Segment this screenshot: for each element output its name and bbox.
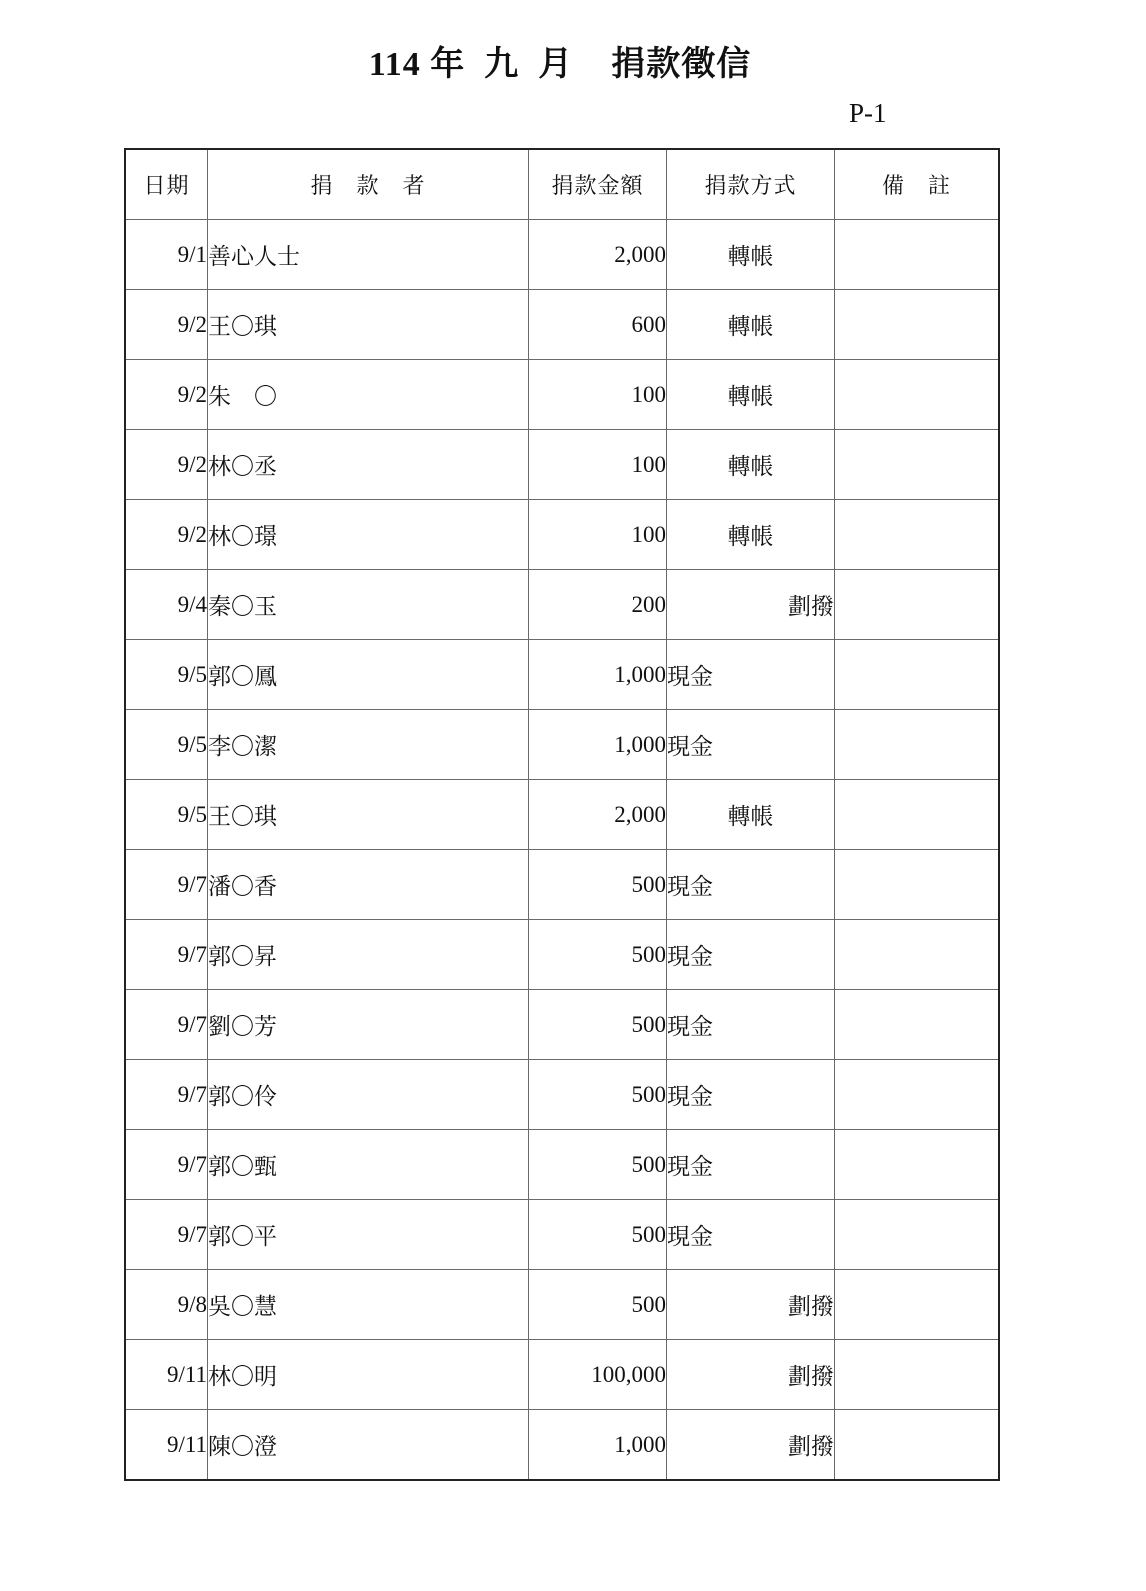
cell-note <box>835 1340 1000 1410</box>
cell-method: 現金 <box>667 990 835 1060</box>
cell-donor: 秦〇玉 <box>208 570 529 640</box>
cell-amount: 200 <box>529 570 667 640</box>
cell-donor: 王〇琪 <box>208 290 529 360</box>
cell-amount: 100 <box>529 360 667 430</box>
cell-amount: 500 <box>529 1270 667 1340</box>
cell-amount: 500 <box>529 1130 667 1200</box>
header-donor: 捐 款 者 <box>208 149 529 220</box>
cell-donor: 郭〇伶 <box>208 1060 529 1130</box>
cell-date: 9/7 <box>125 990 208 1060</box>
cell-method: 現金 <box>667 710 835 780</box>
cell-date: 9/2 <box>125 500 208 570</box>
cell-note <box>835 640 1000 710</box>
table-body: 9/1善心人士2,000轉帳9/2王〇琪600轉帳9/2朱 〇100轉帳9/2林… <box>125 220 999 1481</box>
cell-method: 轉帳 <box>667 220 835 290</box>
cell-donor: 郭〇鳳 <box>208 640 529 710</box>
cell-amount: 600 <box>529 290 667 360</box>
cell-donor: 林〇丞 <box>208 430 529 500</box>
document-title: 114 年 九 月 捐款徵信 <box>0 36 1120 85</box>
cell-amount: 2,000 <box>529 780 667 850</box>
header-note: 備 註 <box>835 149 1000 220</box>
cell-method: 劃撥 <box>667 1270 835 1340</box>
table-row: 9/7劉〇芳500現金 <box>125 990 999 1060</box>
cell-method: 現金 <box>667 1060 835 1130</box>
cell-amount: 500 <box>529 1200 667 1270</box>
cell-donor: 潘〇香 <box>208 850 529 920</box>
cell-date: 9/1 <box>125 220 208 290</box>
cell-donor: 吳〇慧 <box>208 1270 529 1340</box>
cell-note <box>835 990 1000 1060</box>
cell-amount: 100,000 <box>529 1340 667 1410</box>
table-row: 9/2林〇璟100轉帳 <box>125 500 999 570</box>
cell-donor: 李〇潔 <box>208 710 529 780</box>
cell-method: 轉帳 <box>667 360 835 430</box>
cell-donor: 郭〇甄 <box>208 1130 529 1200</box>
cell-date: 9/7 <box>125 1200 208 1270</box>
cell-amount: 500 <box>529 990 667 1060</box>
cell-donor: 陳〇澄 <box>208 1410 529 1481</box>
cell-note <box>835 1270 1000 1340</box>
cell-date: 9/4 <box>125 570 208 640</box>
cell-note <box>835 1410 1000 1481</box>
cell-date: 9/2 <box>125 290 208 360</box>
cell-donor: 王〇琪 <box>208 780 529 850</box>
cell-amount: 1,000 <box>529 1410 667 1481</box>
cell-donor: 郭〇平 <box>208 1200 529 1270</box>
cell-amount: 500 <box>529 850 667 920</box>
cell-method: 轉帳 <box>667 430 835 500</box>
cell-note <box>835 220 1000 290</box>
cell-date: 9/5 <box>125 780 208 850</box>
table-row: 9/2王〇琪600轉帳 <box>125 290 999 360</box>
table-row: 9/1善心人士2,000轉帳 <box>125 220 999 290</box>
table-row: 9/4秦〇玉200劃撥 <box>125 570 999 640</box>
table-row: 9/11林〇明100,000劃撥 <box>125 1340 999 1410</box>
cell-method: 轉帳 <box>667 290 835 360</box>
table-row: 9/7郭〇甄500現金 <box>125 1130 999 1200</box>
cell-donor: 林〇璟 <box>208 500 529 570</box>
cell-amount: 1,000 <box>529 640 667 710</box>
table-row: 9/2朱 〇100轉帳 <box>125 360 999 430</box>
cell-amount: 100 <box>529 430 667 500</box>
cell-note <box>835 290 1000 360</box>
cell-note <box>835 430 1000 500</box>
table-row: 9/5郭〇鳳1,000現金 <box>125 640 999 710</box>
cell-method: 現金 <box>667 920 835 990</box>
donation-ledger-table: 日期 捐 款 者 捐款金額 捐款方式 備 註 9/1善心人士2,000轉帳9/2… <box>124 148 1000 1481</box>
table-row: 9/7郭〇平500現金 <box>125 1200 999 1270</box>
cell-note <box>835 920 1000 990</box>
cell-note <box>835 1200 1000 1270</box>
cell-date: 9/7 <box>125 850 208 920</box>
cell-date: 9/2 <box>125 360 208 430</box>
cell-note <box>835 710 1000 780</box>
cell-note <box>835 1130 1000 1200</box>
cell-note <box>835 570 1000 640</box>
header-method: 捐款方式 <box>667 149 835 220</box>
page-number: P-1 <box>849 98 887 129</box>
cell-donor: 林〇明 <box>208 1340 529 1410</box>
cell-note <box>835 1060 1000 1130</box>
cell-method: 現金 <box>667 850 835 920</box>
cell-note <box>835 780 1000 850</box>
cell-method: 劃撥 <box>667 570 835 640</box>
cell-method: 轉帳 <box>667 780 835 850</box>
table-row: 9/7郭〇伶500現金 <box>125 1060 999 1130</box>
table-row: 9/5王〇琪2,000轉帳 <box>125 780 999 850</box>
table-row: 9/2林〇丞100轉帳 <box>125 430 999 500</box>
cell-date: 9/7 <box>125 920 208 990</box>
cell-donor: 郭〇昇 <box>208 920 529 990</box>
cell-amount: 500 <box>529 1060 667 1130</box>
cell-date: 9/5 <box>125 640 208 710</box>
cell-date: 9/8 <box>125 1270 208 1340</box>
cell-date: 9/5 <box>125 710 208 780</box>
table-row: 9/7郭〇昇500現金 <box>125 920 999 990</box>
cell-method: 現金 <box>667 1200 835 1270</box>
table-row: 9/8吳〇慧500劃撥 <box>125 1270 999 1340</box>
cell-method: 劃撥 <box>667 1410 835 1481</box>
cell-method: 劃撥 <box>667 1340 835 1410</box>
table-row: 9/7潘〇香500現金 <box>125 850 999 920</box>
cell-method: 轉帳 <box>667 500 835 570</box>
table-row: 9/11陳〇澄1,000劃撥 <box>125 1410 999 1481</box>
header-date: 日期 <box>125 149 208 220</box>
cell-amount: 2,000 <box>529 220 667 290</box>
cell-note <box>835 850 1000 920</box>
cell-date: 9/11 <box>125 1340 208 1410</box>
cell-date: 9/2 <box>125 430 208 500</box>
header-amount: 捐款金額 <box>529 149 667 220</box>
cell-date: 9/7 <box>125 1060 208 1130</box>
table-header-row: 日期 捐 款 者 捐款金額 捐款方式 備 註 <box>125 149 999 220</box>
cell-donor: 朱 〇 <box>208 360 529 430</box>
cell-amount: 100 <box>529 500 667 570</box>
cell-amount: 500 <box>529 920 667 990</box>
cell-date: 9/7 <box>125 1130 208 1200</box>
cell-donor: 劉〇芳 <box>208 990 529 1060</box>
cell-donor: 善心人士 <box>208 220 529 290</box>
cell-method: 現金 <box>667 1130 835 1200</box>
cell-note <box>835 360 1000 430</box>
cell-method: 現金 <box>667 640 835 710</box>
cell-date: 9/11 <box>125 1410 208 1481</box>
cell-amount: 1,000 <box>529 710 667 780</box>
cell-note <box>835 500 1000 570</box>
table-row: 9/5李〇潔1,000現金 <box>125 710 999 780</box>
